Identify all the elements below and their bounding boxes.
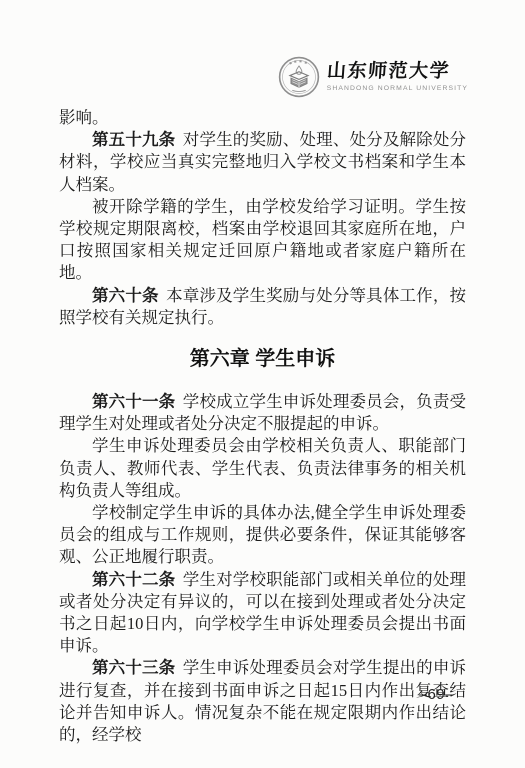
page-number: –69– bbox=[419, 686, 454, 703]
body-paragraph: 第五十九条对学生的奖励、处理、处分及解除处分材料，学校应当真实完整地归入学校文书… bbox=[59, 129, 466, 196]
body-paragraph: 影响。 bbox=[59, 107, 466, 129]
university-name-block: 山东师范大学 SHANDONG NORMAL UNIVERSITY bbox=[327, 62, 468, 92]
body-paragraph: 第六十条本章涉及学生奖励与处分等具体工作，按照学校有关规定执行。 bbox=[59, 285, 466, 329]
body-paragraph: 第六十一条学校成立学生申诉处理委员会，负责受理学生对处理或者处分决定不服提起的申… bbox=[59, 391, 466, 435]
body-paragraph: 第六十二条学生对学校职能部门或相关单位的处理或者处分决定有异议的，可以在接到处理… bbox=[59, 569, 466, 658]
paragraph-text: 学生申诉处理委员会由学校相关负责人、职能部门负责人、教师代表、学生代表、负责法律… bbox=[59, 436, 466, 499]
body-paragraph: 被开除学籍的学生，由学校发给学习证明。学生按学校规定期限离校，档案由学校退回其家… bbox=[59, 196, 466, 285]
article-number: 第六十一条 bbox=[92, 393, 175, 411]
chapter-heading: 第六章 学生申诉 bbox=[59, 346, 466, 373]
article-number: 第六十二条 bbox=[92, 571, 175, 589]
body-paragraph: 学生申诉处理委员会由学校相关负责人、职能部门负责人、教师代表、学生代表、负责法律… bbox=[59, 435, 466, 502]
body-paragraph: 学校制定学生申诉的具体办法,健全学生申诉处理委员会的组成与工作规则，提供必要条件… bbox=[59, 502, 466, 569]
university-seal-icon bbox=[278, 56, 320, 98]
body-paragraph: 第六十三条学生申诉处理委员会对学生提出的申诉进行复查，并在接到书面申诉之日起15… bbox=[59, 657, 466, 746]
university-logo: 山东师范大学 SHANDONG NORMAL UNIVERSITY bbox=[278, 56, 468, 98]
document-page: 山东师范大学 SHANDONG NORMAL UNIVERSITY 影响。 第五… bbox=[0, 0, 525, 768]
university-name-cn: 山东师范大学 bbox=[326, 62, 450, 83]
document-body: 影响。 第五十九条对学生的奖励、处理、处分及解除处分材料，学校应当真实完整地归入… bbox=[59, 107, 466, 746]
paragraph-text: 影响。 bbox=[59, 108, 109, 127]
university-name-en: SHANDONG NORMAL UNIVERSITY bbox=[327, 85, 468, 92]
article-number: 第六十三条 bbox=[92, 659, 175, 677]
paragraph-text: 学校制定学生申诉的具体办法,健全学生申诉处理委员会的组成与工作规则，提供必要条件… bbox=[59, 503, 466, 566]
article-number: 第五十九条 bbox=[92, 131, 175, 149]
paragraph-text: 被开除学籍的学生，由学校发给学习证明。学生按学校规定期限离校，档案由学校退回其家… bbox=[59, 197, 466, 283]
article-number: 第六十条 bbox=[92, 287, 159, 305]
